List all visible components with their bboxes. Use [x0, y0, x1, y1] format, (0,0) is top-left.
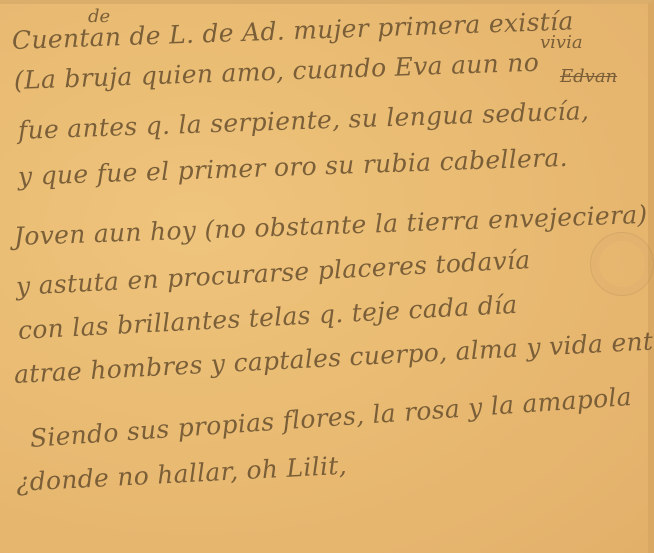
- insertion-above: vivia: [540, 32, 583, 53]
- manuscript-line-4: y que fue el primer oro su rubia cabelle…: [17, 143, 568, 191]
- manuscript-line-2: (La bruja quien amo, cuando Eva aun no: [13, 48, 539, 95]
- manuscript-line-9: Siendo sus propias flores, la rosa y la …: [29, 382, 633, 453]
- manuscript-line-3: fue antes q. la serpiente, su lengua sed…: [17, 96, 589, 145]
- faint-stamp-impression: [590, 232, 654, 296]
- struck-word: Edvan: [560, 66, 617, 87]
- manuscript-line-10: ¿donde no hallar, oh Lilit,: [15, 451, 347, 497]
- manuscript-page: de Cuentan de L. de Ad. mujer primera ex…: [0, 0, 654, 553]
- manuscript-line-5: Joven aun hoy (no obstante la tierra env…: [13, 200, 647, 251]
